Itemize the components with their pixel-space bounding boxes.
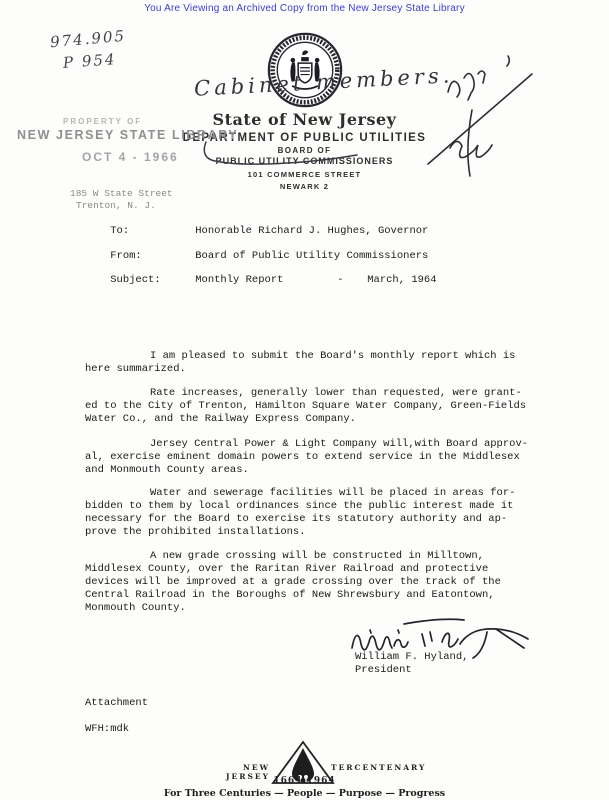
body-line: Rate increases, generally lower than req…: [85, 387, 526, 400]
stamp-address-city: Trenton, N. J.: [76, 200, 156, 211]
paragraph-1: I am pleased to submit the Board's month…: [85, 350, 515, 376]
subject-date: March, 1964: [367, 274, 436, 286]
body-line: bidden to them by local ordinances since…: [85, 500, 515, 513]
body-line: Water and sewerage facilities will be pl…: [85, 487, 515, 500]
signer-typed-title: President: [355, 664, 412, 676]
body-line: devices will be improved at a grade cros…: [85, 576, 501, 589]
emblem-right-text: TERCENTENARY: [331, 763, 426, 772]
paragraph-5: A new grade crossing will be constructed…: [85, 550, 501, 615]
body-line: Middlesex County, over the Raritan River…: [85, 563, 501, 576]
emblem-motto: For Three Centuries — People — Purpose —…: [0, 788, 609, 799]
body-line: Water Co., and the Railway Express Compa…: [85, 413, 526, 426]
paragraph-3: Jersey Central Power & Light Company wil…: [85, 438, 528, 477]
memo-subject-row: Subject:Monthly Report-March, 1964: [85, 262, 437, 298]
body-line: here summarized.: [85, 363, 515, 376]
signer-typed-name: William F. Hyland,: [355, 651, 468, 663]
scanned-letter-page: You Are Viewing an Archived Copy from th…: [0, 0, 609, 800]
subject-label: Subject:: [110, 274, 195, 286]
subject-separator: -: [337, 274, 367, 286]
body-line: Central Railroad in the Boroughs of New …: [85, 589, 501, 602]
body-line: prove the prohibited installations.: [85, 526, 515, 539]
archive-banner: You Are Viewing an Archived Copy from th…: [0, 3, 609, 14]
from-value: Board of Public Utility Commissioners: [195, 250, 428, 262]
from-label: From:: [110, 250, 195, 262]
paragraph-2: Rate increases, generally lower than req…: [85, 387, 526, 426]
body-line: ed to the City of Trenton, Hamilton Squa…: [85, 400, 526, 413]
body-line: A new grade crossing will be constructed…: [85, 550, 501, 563]
call-number-line1: 974.905: [49, 27, 126, 52]
reference-initials: WFH:mdk: [85, 723, 129, 735]
paragraph-4: Water and sewerage facilities will be pl…: [85, 487, 515, 539]
stamp-library-name: NEW JERSEY STATE LIBRARY: [17, 128, 238, 142]
body-line: necessary for the Board to exercise its …: [85, 513, 515, 526]
to-label: To:: [110, 225, 195, 237]
to-value: Honorable Richard J. Hughes, Governor: [195, 225, 428, 237]
body-line: al, exercise eminent domain powers to ex…: [85, 451, 528, 464]
ink-scribble-icon: [420, 52, 540, 182]
emblem-years: 1664·1964: [0, 776, 609, 786]
body-line: Jersey Central Power & Light Company wil…: [85, 438, 528, 451]
handdrawn-underline-icon: [195, 138, 365, 168]
call-number-line2: P 954: [62, 50, 117, 72]
attachment-note: Attachment: [85, 697, 148, 709]
body-line: and Monmouth County areas.: [85, 464, 528, 477]
letterhead-city: NEWARK 2: [0, 182, 609, 191]
subject-title: Monthly Report: [195, 274, 337, 286]
body-line: I am pleased to submit the Board's month…: [85, 350, 515, 363]
